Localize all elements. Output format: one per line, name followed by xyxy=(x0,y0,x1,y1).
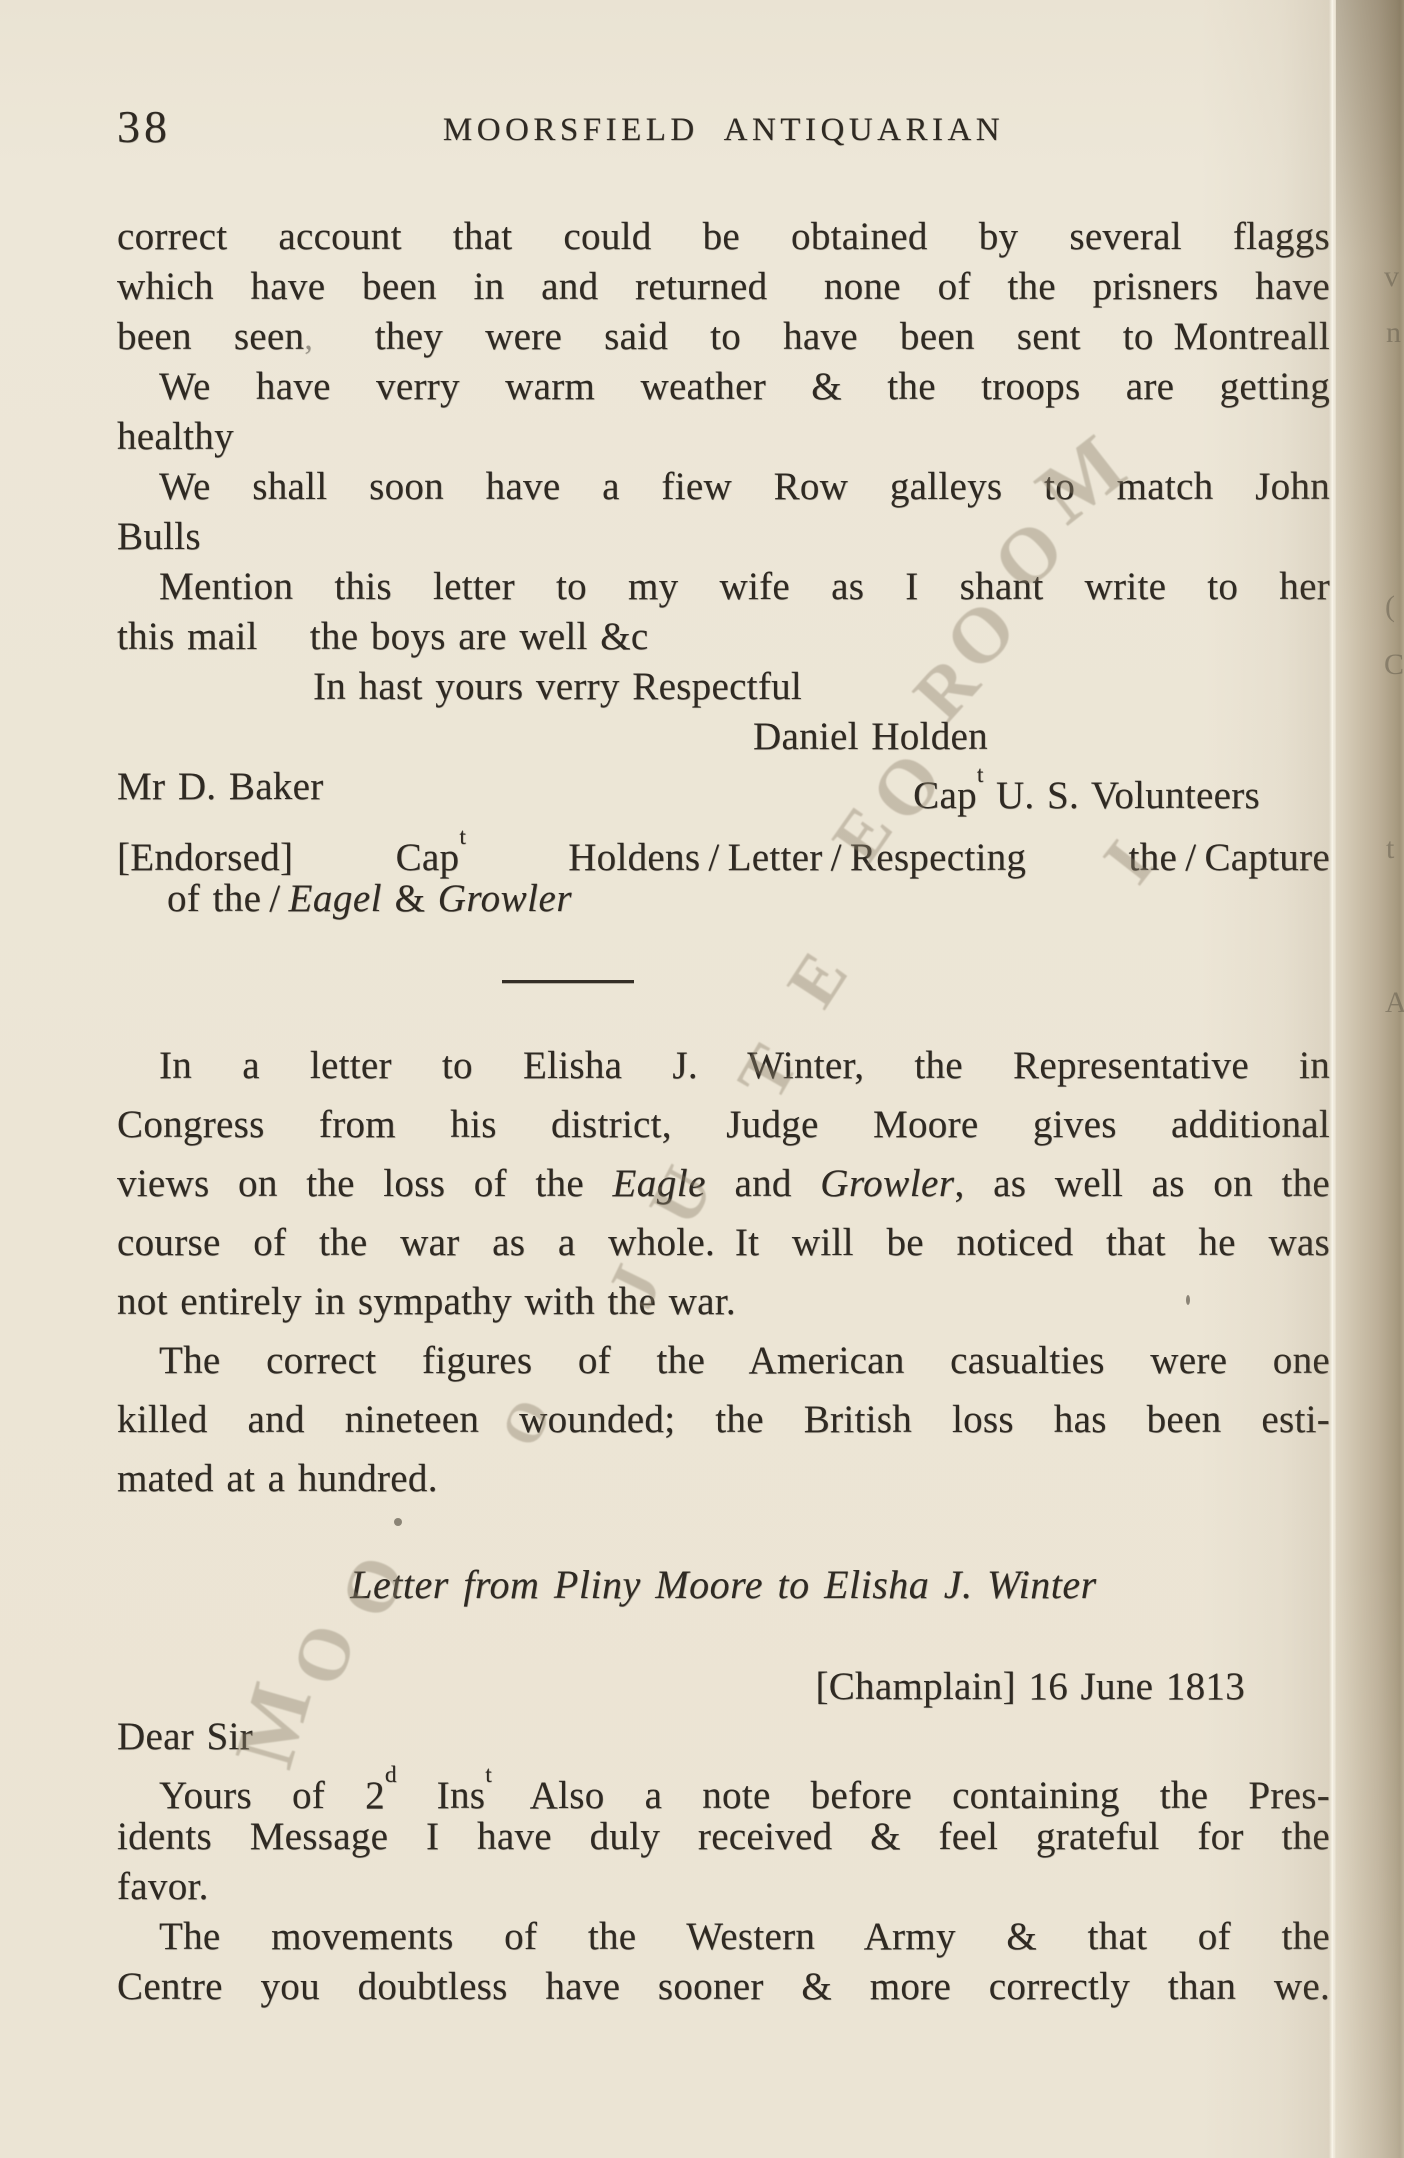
text-line: favor. xyxy=(117,1862,1330,1912)
text-line: The movements of the Western Army & that… xyxy=(117,1912,1330,1962)
adjacent-page-letter: A xyxy=(1385,988,1404,1018)
text-line: not entirely in sympathy with the war. xyxy=(117,1272,1330,1331)
running-title: MOORSFIELD ANTIQUARIAN xyxy=(117,112,1330,149)
adjacent-page-letter: ( xyxy=(1385,592,1395,622)
text-line: correct account that could be obtained b… xyxy=(117,212,1330,262)
text-line: In a letter to Elisha J. Winter, the Rep… xyxy=(117,1036,1330,1095)
text-line: Bulls xyxy=(117,512,1330,562)
section-divider xyxy=(502,980,634,983)
text-line: We shall soon have a fiew Row galleys to… xyxy=(117,462,1330,512)
addressee: Mr D. Baker xyxy=(117,762,324,812)
editorial-note: In a letter to Elisha J. Winter, the Rep… xyxy=(117,1036,1330,1508)
signature-line: Daniel Holden xyxy=(117,712,1330,762)
text-line: views on the loss of the Eagle and Growl… xyxy=(117,1154,1330,1213)
paper-speck xyxy=(394,1518,402,1526)
adjacent-page-letter: t xyxy=(1386,834,1394,864)
text-line: We have verry warm weather & the troops … xyxy=(117,362,1330,412)
holden-letter-closing: correct account that could be obtained b… xyxy=(117,212,1330,924)
text-line: The correct figures of the American casu… xyxy=(117,1331,1330,1390)
text-line: Mention this letter to my wife as I shan… xyxy=(117,562,1330,612)
text-line: idents Message I have duly received & fe… xyxy=(117,1812,1330,1862)
letter-heading: Letter from Pliny Moore to Elisha J. Win… xyxy=(117,1560,1330,1610)
book-page: 38 MOORSFIELD ANTIQUARIAN correct accoun… xyxy=(0,0,1404,2158)
adjacent-page-letter: v xyxy=(1384,262,1399,292)
letter-heading-text: Letter from Pliny Moore to Elisha J. Win… xyxy=(350,1562,1096,1607)
sign-off-line: In hast yours verry Respectful xyxy=(117,662,1330,712)
text-line: killed and nineteen wounded; the British… xyxy=(117,1390,1330,1449)
watermark-letter: E xyxy=(776,941,860,1018)
adjacent-page-letter: n xyxy=(1386,318,1401,348)
text-line: Congress from his district, Judge Moore … xyxy=(117,1095,1330,1154)
text-line: been seen, they were said to have been s… xyxy=(117,312,1330,362)
page-edge-highlight xyxy=(1329,0,1336,2158)
addressee-and-title-line: Mr D. BakerCapt U. S. Volunteers xyxy=(117,762,1330,812)
text-line: Centre you doubtless have sooner & more … xyxy=(117,1962,1330,2012)
text-line: this mail the boys are well &c xyxy=(117,612,1330,662)
text-line: which have been in and returned none of … xyxy=(117,262,1330,312)
text-line: mated at a hundred. xyxy=(117,1449,1330,1508)
paper-speck xyxy=(1186,1295,1190,1305)
adjacent-page-letter: C xyxy=(1384,650,1404,680)
text-line: healthy xyxy=(117,412,1330,462)
text-line: course of the war as a whole. It will be… xyxy=(117,1213,1330,1272)
signature-title: Capt U. S. Volunteers xyxy=(913,762,1260,812)
